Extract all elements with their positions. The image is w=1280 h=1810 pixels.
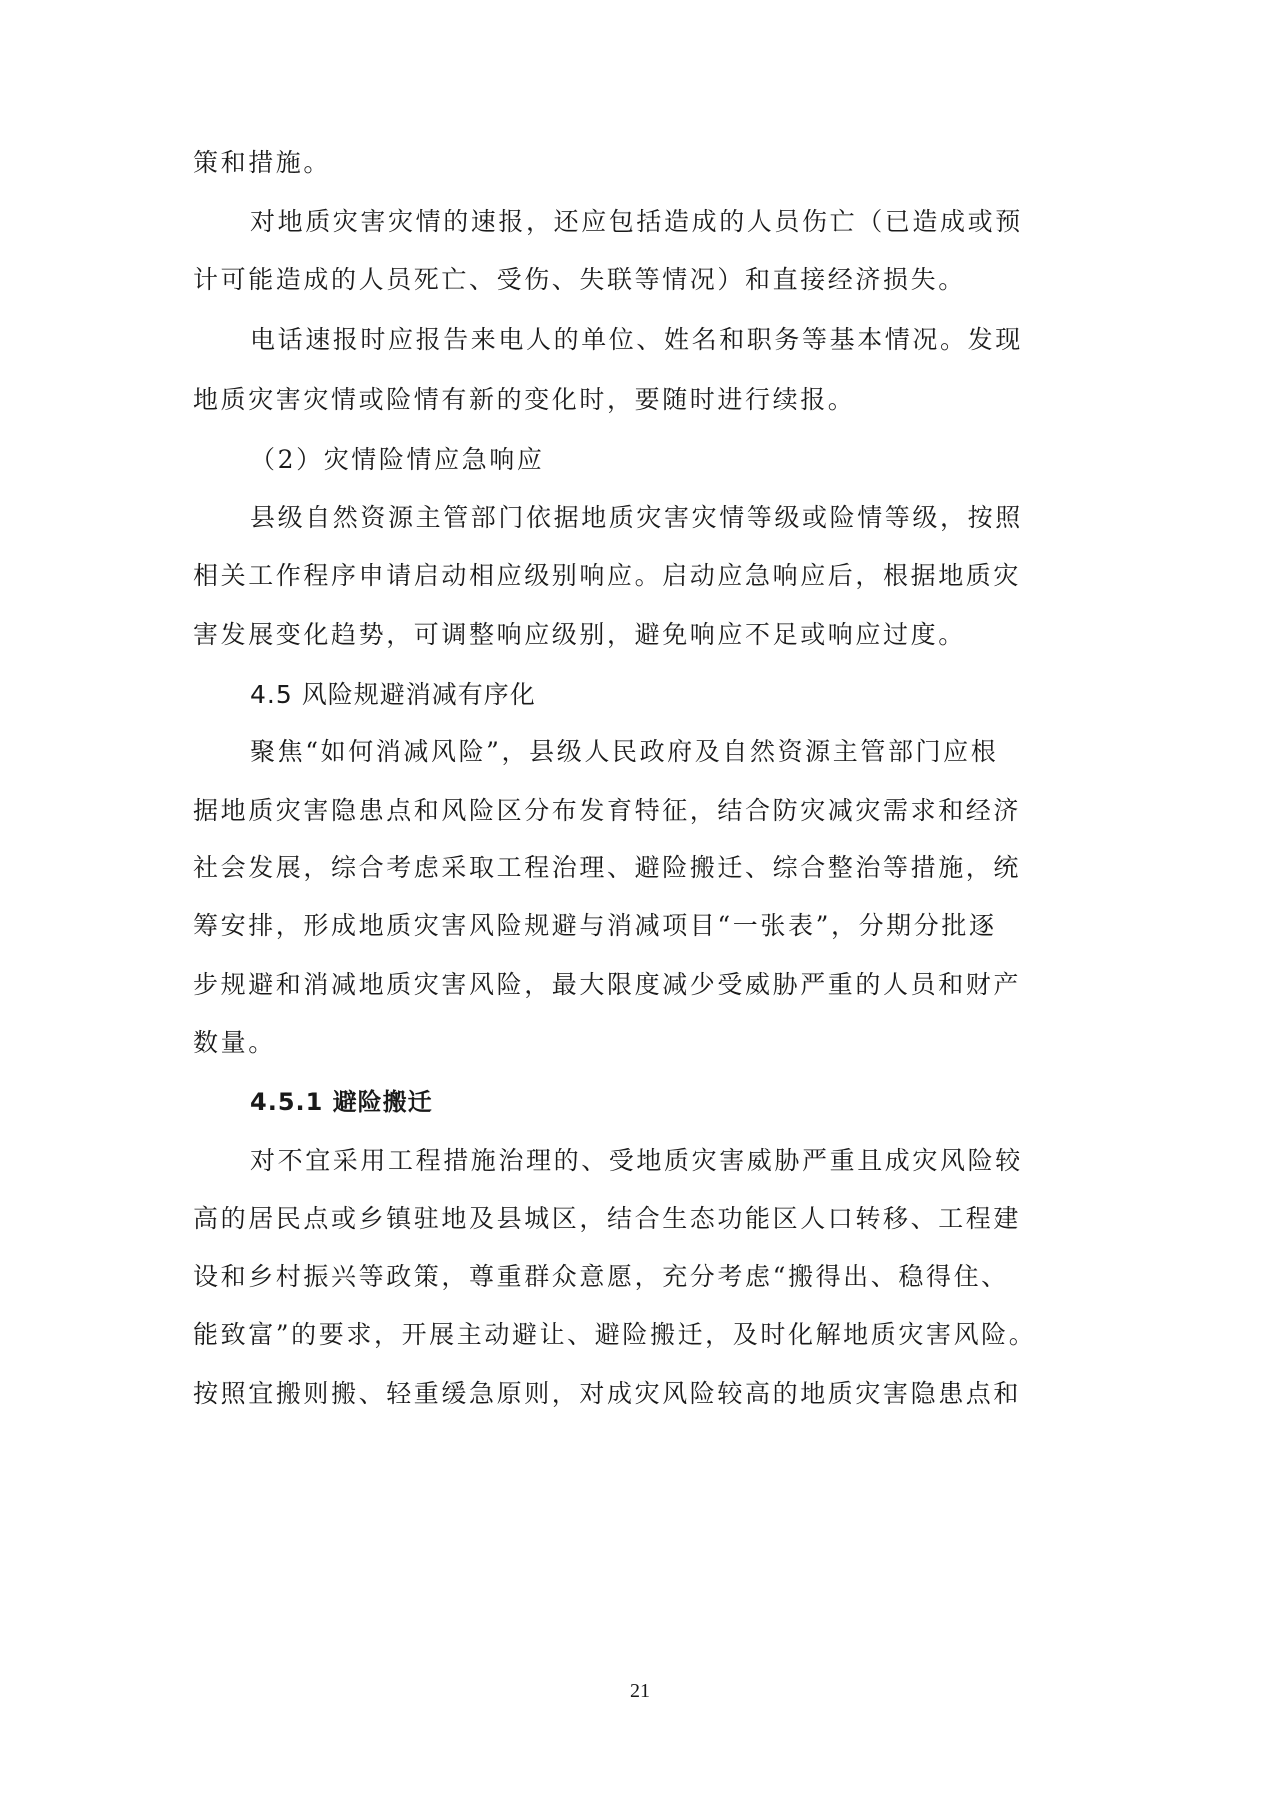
text-line: 数量。: [193, 1028, 1088, 1058]
text-line: 县级自然资源主管部门依据地质灾害灾情等级或险情等级，按照: [250, 503, 1088, 533]
text-line: 据地质灾害隐患点和风险区分布发育特征，结合防灾减灾需求和经济: [193, 796, 1088, 826]
text-line: 按照宜搬则搬、轻重缓急原则，对成灾风险较高的地质灾害隐患点和: [193, 1379, 1088, 1409]
text-line: 害发展变化趋势，可调整响应级别，避免响应不足或响应过度。: [193, 620, 1088, 650]
text-line: 策和措施。: [193, 148, 1088, 178]
text-line: 社会发展，综合考虑采取工程治理、避险搬迁、综合整治等措施，统: [193, 853, 1088, 883]
page-number: 21: [0, 1680, 1280, 1703]
section-heading: 4.5 风险规避消减有序化: [250, 680, 1088, 710]
text-line: 计可能造成的人员死亡、受伤、失联等情况）和直接经济损失。: [193, 265, 1088, 295]
text-line: 地质灾害灾情或险情有新的变化时，要随时进行续报。: [193, 385, 1088, 415]
text-line: （2）灾情险情应急响应: [250, 445, 1088, 475]
text-line: 对不宜采用工程措施治理的、受地质灾害威胁严重且成灾风险较: [250, 1146, 1088, 1176]
text-line: 对地质灾害灾情的速报，还应包括造成的人员伤亡（已造成或预: [250, 207, 1088, 237]
subsection-heading: 4.5.1 避险搬迁: [250, 1087, 1088, 1117]
text-line: 设和乡村振兴等政策，尊重群众意愿，充分考虑“搬得出、稳得住、: [193, 1262, 1088, 1292]
text-line: 聚焦“如何消减风险”，县级人民政府及自然资源主管部门应根: [250, 737, 1088, 767]
document-page: 策和措施。对地质灾害灾情的速报，还应包括造成的人员伤亡（已造成或预计可能造成的人…: [0, 0, 1280, 1810]
text-line: 步规避和消减地质灾害风险，最大限度减少受威胁严重的人员和财产: [193, 970, 1088, 1000]
text-line: 能致富”的要求，开展主动避让、避险搬迁，及时化解地质灾害风险。: [193, 1320, 1088, 1350]
text-line: 高的居民点或乡镇驻地及县城区，结合生态功能区人口转移、工程建: [193, 1204, 1088, 1234]
text-line: 筹安排，形成地质灾害风险规避与消减项目“一张表”，分期分批逐: [193, 911, 1088, 941]
text-line: 相关工作程序申请启动相应级别响应。启动应急响应后，根据地质灾: [193, 561, 1088, 591]
text-line: 电话速报时应报告来电人的单位、姓名和职务等基本情况。发现: [250, 325, 1088, 355]
